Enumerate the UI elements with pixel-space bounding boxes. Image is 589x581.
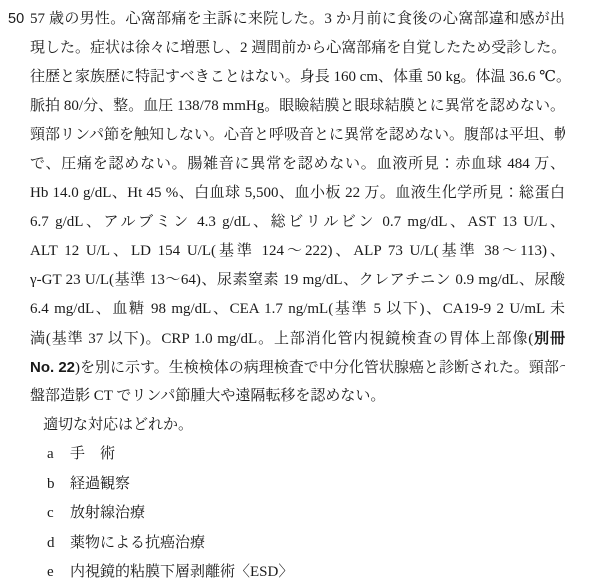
body-text: 盤部造影 CT でリンパ節腫大や遠隔転移を認めない。 — [30, 388, 385, 404]
answer-option-e: e内視鏡的粘膜下層剥離術〈ESD〉 — [30, 558, 589, 581]
body-text: 現した。症状は徐々に増悪し、2 週間前から心窩部痛を自覚したため受診した。既 — [30, 40, 565, 56]
answer-options: a手 術b経過観察c放射線治療d薬物による抗癌治療e内視鏡的粘膜下層剥離術〈ES… — [30, 440, 589, 581]
body-text: 頸部リンパ節を触知しない。心音と呼吸音とに異常を認めない。腹部は平坦、軟 — [30, 127, 565, 143]
body-line: 盤部造影 CT でリンパ節腫大や遠隔転移を認めない。 — [30, 382, 565, 411]
bold-reference-text: 別冊 — [533, 330, 565, 347]
body-line: γ-GT 23 U/L(基準 13〜64)、尿素窒素 19 mg/dL、クレアチ… — [30, 266, 565, 295]
answer-option-b: b経過観察 — [30, 470, 589, 500]
option-letter: c — [47, 499, 70, 529]
option-label: 内視鏡的粘膜下層剥離術〈ESD〉 — [70, 558, 293, 581]
question-body: 57 歳の男性。心窩部痛を主訴に来院した。3 か月前に食後の心窩部違和感が出現し… — [30, 5, 565, 411]
answer-option-d: d薬物による抗癌治療 — [30, 529, 589, 559]
body-text: 満(基準 37 以下)。CRP 1.0 mg/dL。上部消化管内視鏡検査の胃体上… — [30, 331, 533, 347]
body-line: Hb 14.0 g/dL、Ht 45 %、白血球 5,500、血小板 22 万。… — [30, 179, 565, 208]
option-letter: b — [47, 470, 70, 500]
option-label: 手 術 — [70, 440, 115, 470]
body-text: ALT 12 U/L、LD 154 U/L(基準 124〜222)、ALP 73… — [30, 243, 565, 259]
body-line: 満(基準 37 以下)。CRP 1.0 mg/dL。上部消化管内視鏡検査の胃体上… — [30, 324, 565, 353]
option-label: 経過観察 — [70, 470, 130, 500]
option-label: 放射線治療 — [70, 499, 145, 529]
body-line: 現した。症状は徐々に増悪し、2 週間前から心窩部痛を自覚したため受診した。既 — [30, 34, 565, 63]
body-line: で、圧痛を認めない。腸雑音に異常を認めない。血液所見：赤血球 484 万、 — [30, 150, 565, 179]
answer-option-c: c放射線治療 — [30, 499, 589, 529]
body-text: )を別に示す。生検検体の病理検査で中分化管状腺癌と診断された。頸部〜骨 — [75, 360, 565, 376]
answer-option-a: a手 術 — [30, 440, 589, 470]
body-text: γ-GT 23 U/L(基準 13〜64)、尿素窒素 19 mg/dL、クレアチ… — [30, 272, 565, 288]
body-line: ALT 12 U/L、LD 154 U/L(基準 124〜222)、ALP 73… — [30, 237, 565, 266]
exam-question-page: 50 57 歳の男性。心窩部痛を主訴に来院した。3 か月前に食後の心窩部違和感が… — [0, 0, 589, 581]
option-letter: d — [47, 529, 70, 559]
bold-reference-text: No. 22 — [30, 359, 75, 376]
option-letter: a — [47, 440, 70, 470]
body-line: 脈拍 80/分、整。血圧 138/78 mmHg。眼瞼結膜と眼球結膜とに異常を認… — [30, 92, 565, 121]
option-label: 薬物による抗癌治療 — [70, 529, 205, 559]
body-text: で、圧痛を認めない。腸雑音に異常を認めない。血液所見：赤血球 484 万、 — [30, 156, 565, 172]
body-line: No. 22)を別に示す。生検検体の病理検査で中分化管状腺癌と診断された。頸部〜… — [30, 353, 565, 382]
body-line: 6.4 mg/dL、血糖 98 mg/dL、CEA 1.7 ng/mL(基準 5… — [30, 295, 565, 324]
body-line: 往歴と家族歴に特記すべきことはない。身長 160 cm、体重 50 kg。体温 … — [30, 63, 565, 92]
body-text: 57 歳の男性。心窩部痛を主訴に来院した。3 か月前に食後の心窩部違和感が出 — [30, 11, 565, 27]
body-text: Hb 14.0 g/dL、Ht 45 %、白血球 5,500、血小板 22 万。… — [30, 185, 565, 201]
body-text: 脈拍 80/分、整。血圧 138/78 mmHg。眼瞼結膜と眼球結膜とに異常を認… — [30, 98, 565, 114]
option-letter: e — [47, 558, 70, 581]
body-line: 57 歳の男性。心窩部痛を主訴に来院した。3 か月前に食後の心窩部違和感が出 — [30, 5, 565, 34]
body-line: 6.7 g/dL、アルブミン 4.3 g/dL、総ビリルビン 0.7 mg/dL… — [30, 208, 565, 237]
body-text: 往歴と家族歴に特記すべきことはない。身長 160 cm、体重 50 kg。体温 … — [30, 69, 565, 85]
body-text: 6.7 g/dL、アルブミン 4.3 g/dL、総ビリルビン 0.7 mg/dL… — [30, 214, 565, 230]
question-number: 50 — [8, 5, 24, 34]
body-text: 6.4 mg/dL、血糖 98 mg/dL、CEA 1.7 ng/mL(基準 5… — [30, 301, 565, 317]
question-prompt: 適切な対応はどれか。 — [43, 411, 589, 440]
body-line: 頸部リンパ節を触知しない。心音と呼吸音とに異常を認めない。腹部は平坦、軟 — [30, 121, 565, 150]
